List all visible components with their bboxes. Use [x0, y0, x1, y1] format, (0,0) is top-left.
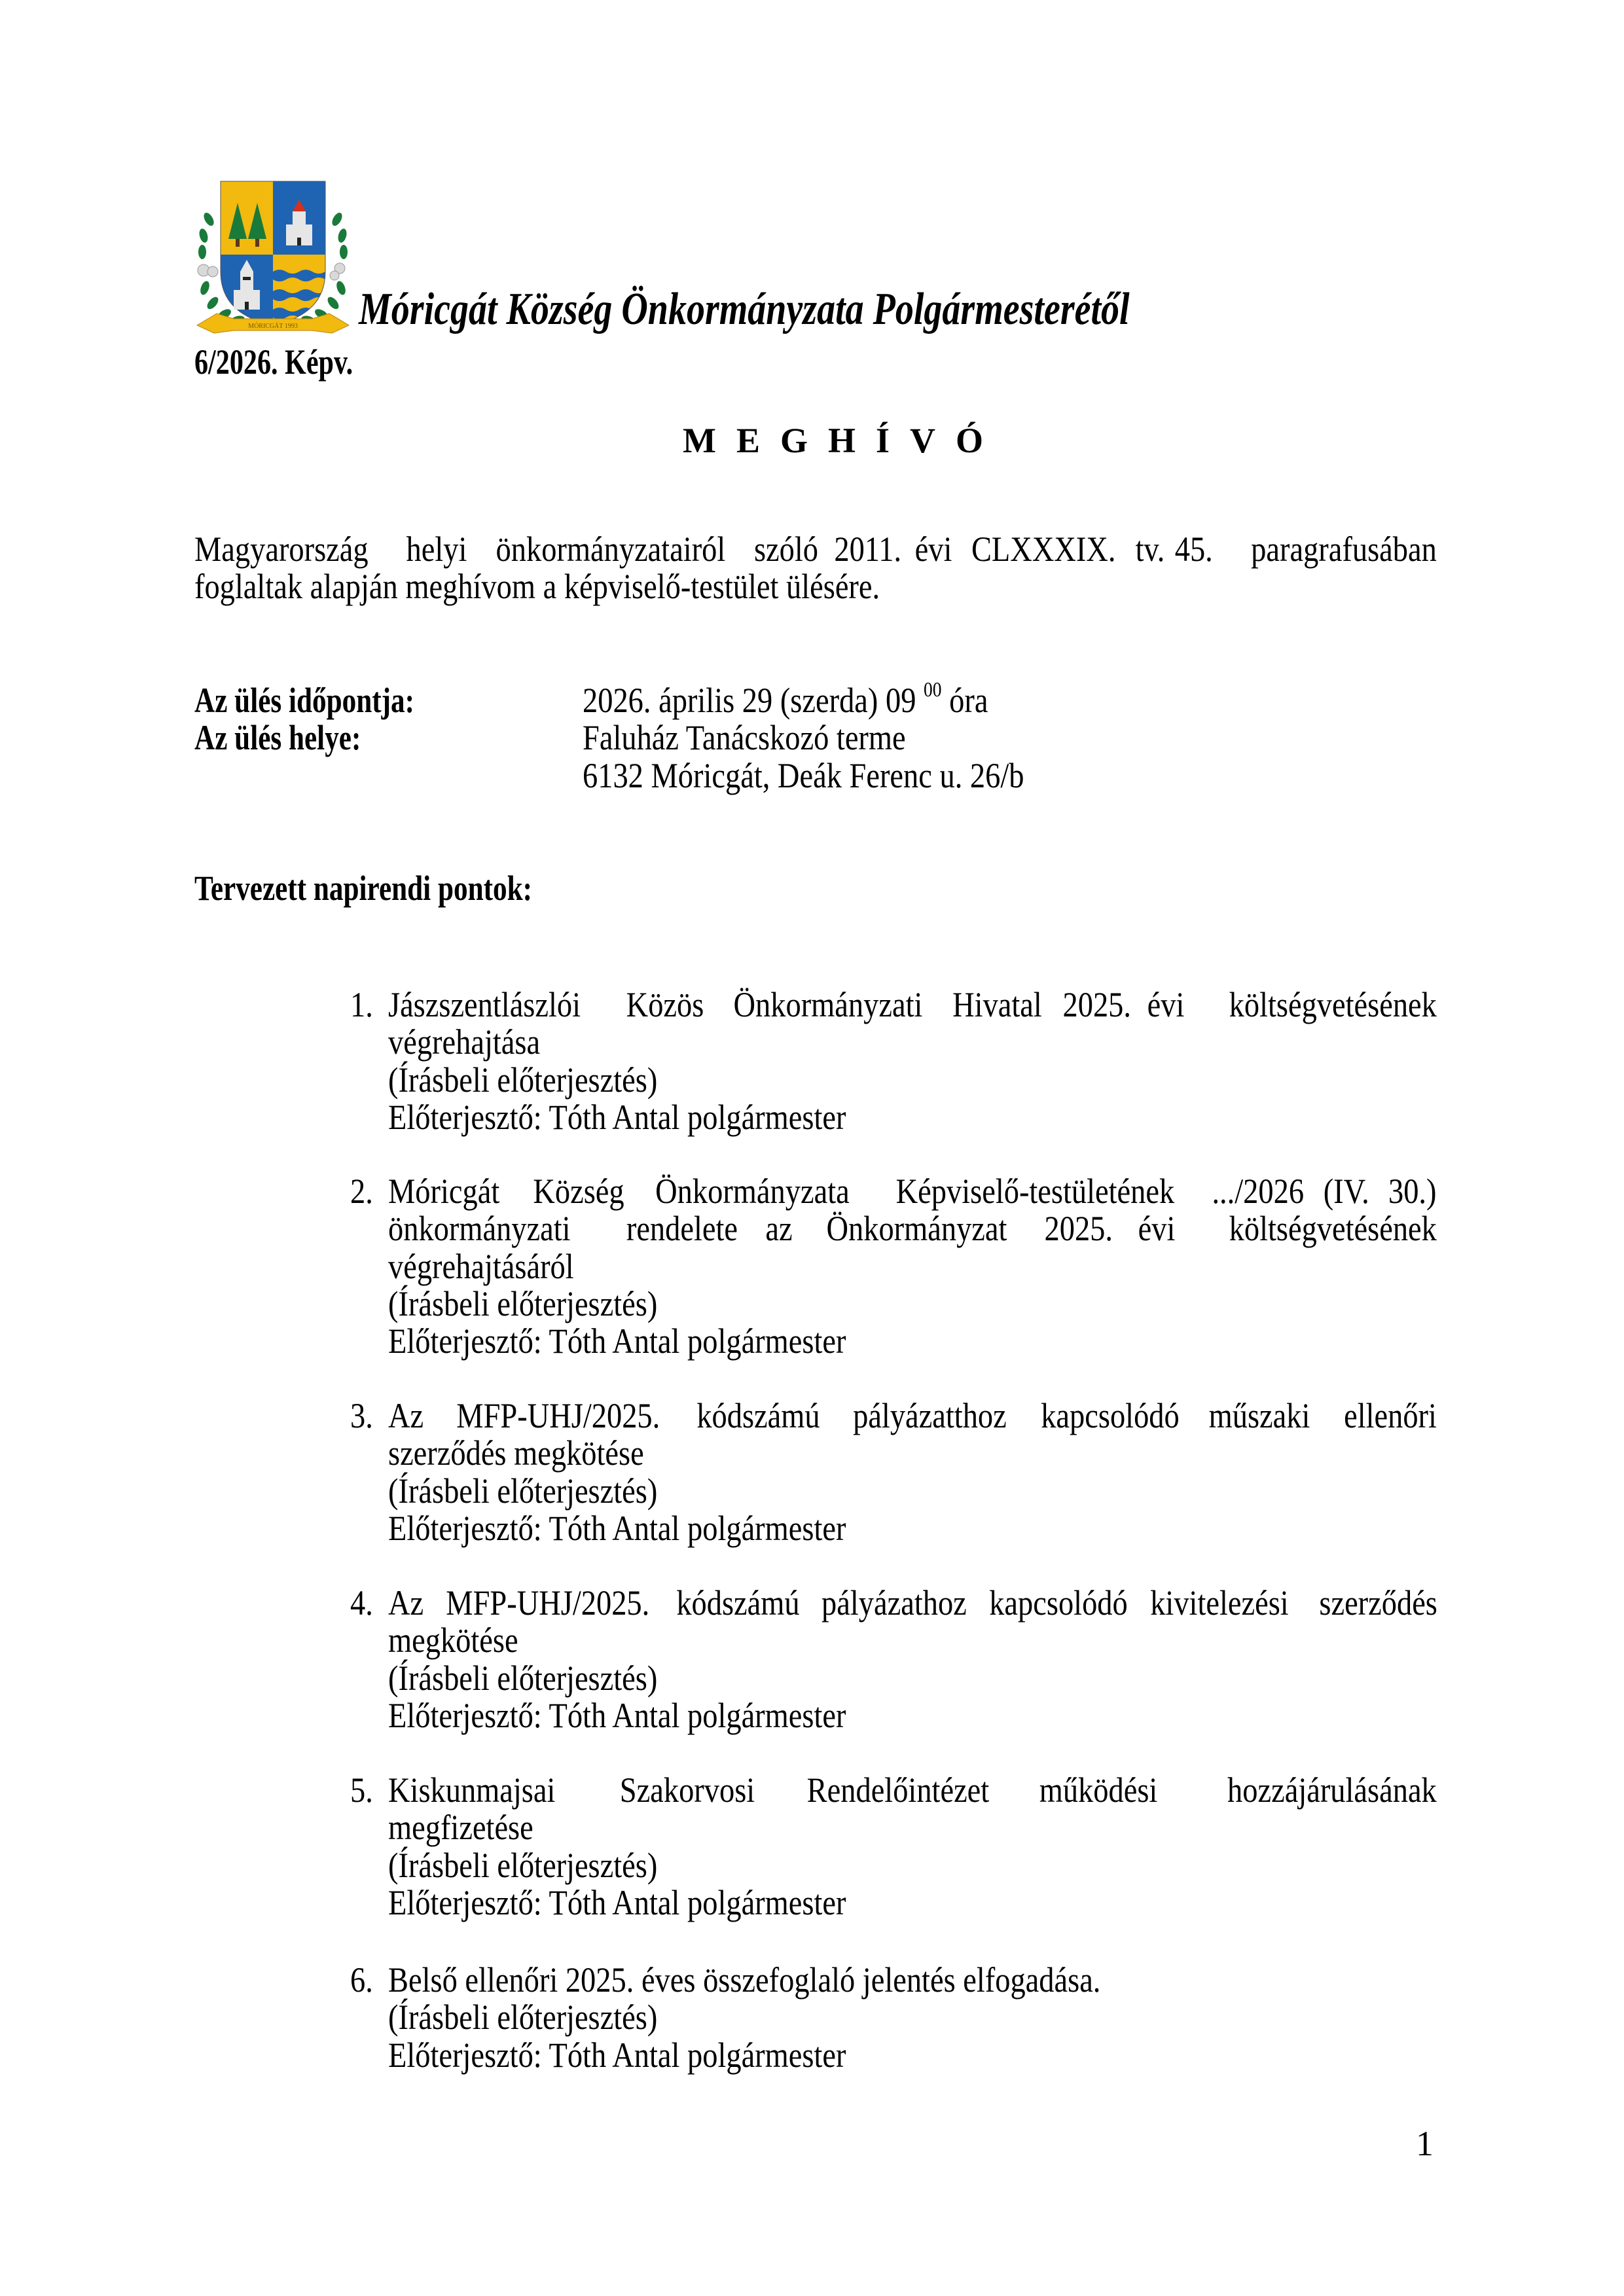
agenda-item-presenter: Előterjesztő: Tóth Antal polgármester: [388, 1511, 846, 1546]
word: működési: [1039, 1772, 1158, 1808]
word: 2011.: [834, 531, 901, 567]
word: 2025.: [1044, 1211, 1112, 1246]
agenda-item-number: 6.: [350, 1962, 373, 1998]
document-number: 6/2026. Képv.: [194, 344, 353, 380]
word: 45.: [1175, 531, 1213, 567]
intro-line-1: Magyarországhelyiönkormányzatairólszóló2…: [194, 531, 1437, 567]
word: ellenőri: [1344, 1398, 1437, 1433]
meeting-place-line-2: 6132 Móricgát, Deák Ferenc u. 26/b: [583, 758, 1024, 793]
agenda-item-type: (Írásbeli előterjesztés): [388, 1062, 657, 1098]
agenda-item-title-line: megfizetése: [388, 1810, 533, 1845]
agenda-item-title-line: JászszentlászlóiKözösÖnkormányzatiHivata…: [388, 987, 1437, 1022]
agenda-item-number: 3.: [350, 1398, 373, 1433]
word: költségvetésének: [1229, 1211, 1437, 1246]
agenda-item-type: (Írásbeli előterjesztés): [388, 1473, 657, 1509]
agenda-item-number: 5.: [350, 1772, 373, 1808]
word: .../2026: [1212, 1174, 1305, 1209]
word: CLXXXIX.: [971, 531, 1116, 567]
agenda-item-title-line: végrehajtásáról: [388, 1249, 574, 1284]
agenda-item-number: 4.: [350, 1585, 373, 1621]
word: évi: [915, 531, 952, 567]
word: Önkormányzata: [655, 1174, 850, 1209]
word: Jászszentlászlói: [388, 987, 581, 1022]
agenda-heading: Tervezett napirendi pontok:: [194, 870, 532, 906]
word: műszaki: [1209, 1398, 1310, 1433]
agenda-item-number: 1.: [350, 987, 373, 1022]
word: kódszámú: [676, 1585, 799, 1621]
word: költségvetésének: [1229, 987, 1437, 1022]
meeting-time-value: 2026. április 29 (szerda) 09 00 óra: [583, 683, 988, 718]
word: Rendelőintézet: [806, 1772, 989, 1808]
word: Képviselő-testületének: [895, 1174, 1174, 1209]
word: önkormányzatairól: [496, 531, 726, 567]
agenda-item-title-line: KiskunmajsaiSzakorvosiRendelőintézetműkö…: [388, 1772, 1437, 1808]
word: Önkormányzat: [827, 1211, 1007, 1246]
word: évi: [1147, 987, 1185, 1022]
word: kódszámú: [696, 1398, 820, 1433]
meeting-place-line-1: Faluház Tanácskozó terme: [583, 720, 906, 755]
agenda-item-title-line: AzMFP-UHJ/2025.kódszámúpályázatthozkapcs…: [388, 1398, 1437, 1433]
agenda-item-title-line: AzMFP-UHJ/2025.kódszámúpályázathozkapcso…: [388, 1585, 1437, 1621]
document-heading: MEGHÍVÓ: [683, 423, 1003, 458]
word: Szakorvosi: [620, 1772, 755, 1808]
word: hozzájárulásának: [1227, 1772, 1437, 1808]
word: kivitelezési: [1151, 1585, 1289, 1621]
word: szerződés: [1320, 1585, 1438, 1621]
agenda-item-presenter: Előterjesztő: Tóth Antal polgármester: [388, 1100, 846, 1135]
word: Közös: [626, 987, 704, 1022]
agenda-item-title-line: megkötése: [388, 1623, 518, 1658]
agenda-item-title-line: Belső ellenőri 2025. éves összefoglaló j…: [388, 1962, 1100, 1998]
word: paragrafusában: [1251, 531, 1437, 567]
agenda-item-type: (Írásbeli előterjesztés): [388, 1848, 657, 1883]
intro-line-2: foglaltak alapján meghívom a képviselő-t…: [194, 569, 880, 604]
word: MFP-UHJ/2025.: [446, 1585, 649, 1621]
word: Hivatal: [952, 987, 1042, 1022]
word: 30.): [1388, 1174, 1437, 1209]
word: Móricgát: [388, 1174, 499, 1209]
agenda-item-title-line: önkormányzatirendeleteazÖnkormányzat2025…: [388, 1211, 1437, 1246]
page-number: 1: [1416, 2126, 1434, 2161]
agenda-item-number: 2.: [350, 1174, 373, 1209]
word: kapcsolódó: [990, 1585, 1128, 1621]
agenda-item-presenter: Előterjesztő: Tóth Antal polgármester: [388, 1323, 846, 1359]
agenda-item-presenter: Előterjesztő: Tóth Antal polgármester: [388, 1698, 846, 1733]
word: szóló: [754, 531, 818, 567]
word: rendelete: [626, 1211, 738, 1246]
agenda-item-type: (Írásbeli előterjesztés): [388, 1660, 657, 1696]
word: kapcsolódó: [1041, 1398, 1180, 1433]
word: Kiskunmajsai: [388, 1772, 555, 1808]
word: (IV.: [1324, 1174, 1369, 1209]
agenda-item-presenter: Előterjesztő: Tóth Antal polgármester: [388, 1885, 846, 1920]
meeting-place-label: Az ülés helye:: [194, 720, 361, 755]
coat-of-arms-logo: MÓRICGÁT 1993: [194, 173, 352, 337]
word: Község: [533, 1174, 624, 1209]
word: 2025.: [1062, 987, 1130, 1022]
agenda-item-title-line: MóricgátKözségÖnkormányzataKépviselő-tes…: [388, 1174, 1437, 1209]
word: Magyarország: [194, 531, 369, 567]
word: évi: [1138, 1211, 1176, 1246]
word: MFP-UHJ/2025.: [456, 1398, 660, 1433]
word: önkormányzati: [388, 1211, 571, 1246]
agenda-item-title-line: végrehajtása: [388, 1024, 540, 1060]
word: Az: [388, 1585, 424, 1621]
issuer-title: Móricgát Község Önkormányzata Polgármest…: [359, 287, 1130, 332]
word: pályázatthoz: [853, 1398, 1007, 1433]
word: tv.: [1135, 531, 1164, 567]
agenda-item-type: (Írásbeli előterjesztés): [388, 2000, 657, 2035]
word: pályázathoz: [821, 1585, 967, 1621]
word: Az: [388, 1398, 424, 1433]
word: helyi: [406, 531, 467, 567]
word: Önkormányzati: [733, 987, 922, 1022]
svg-text:MÓRICGÁT 1993: MÓRICGÁT 1993: [248, 322, 298, 330]
agenda-item-type: (Írásbeli előterjesztés): [388, 1286, 657, 1321]
agenda-item-title-line: szerződés megkötése: [388, 1435, 644, 1471]
meeting-time-label: Az ülés időpontja:: [194, 683, 414, 718]
word: az: [766, 1211, 793, 1246]
agenda-item-presenter: Előterjesztő: Tóth Antal polgármester: [388, 2037, 846, 2073]
